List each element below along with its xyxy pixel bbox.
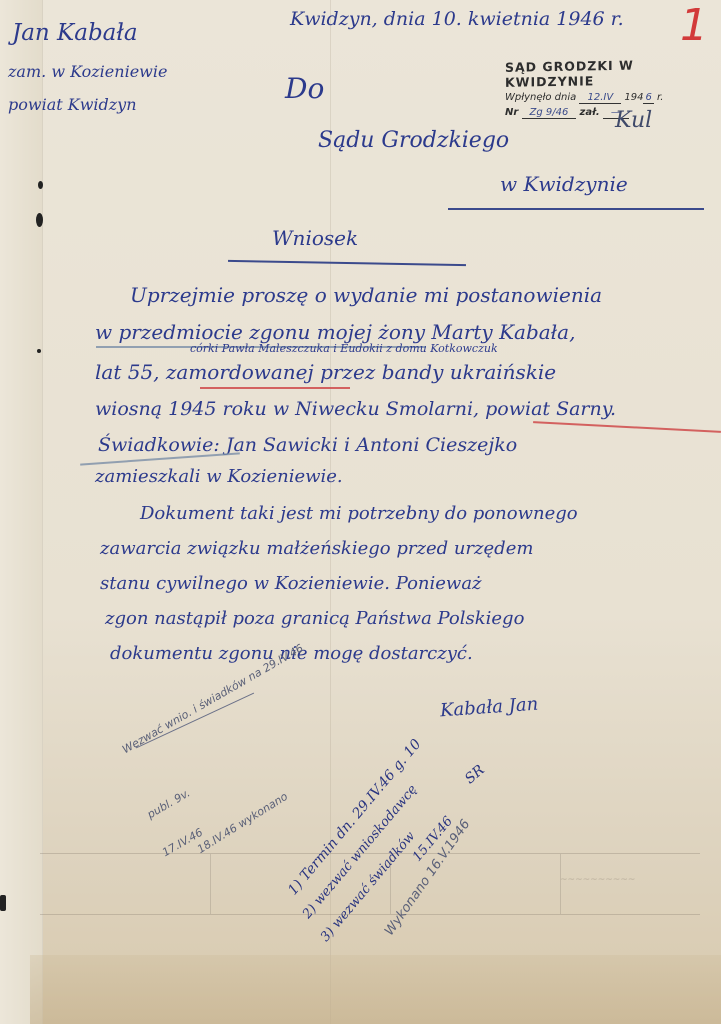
stamp-number-value: Zg 9/46 (522, 107, 577, 119)
red-underline (200, 387, 350, 389)
court-received-stamp: SĄD GRODZKI W KWIDZYNIE Wpłynęło dnia 12… (505, 58, 715, 118)
paper-stain (30, 955, 721, 1024)
body-line-1: Uprzejmie proszę o wydanie mi postanowie… (130, 283, 602, 307)
body-line-5: Świadkowie: Jan Sawicki i Antoni Cieszej… (98, 434, 517, 456)
punch-hole (0, 895, 6, 911)
subject-underline (228, 260, 466, 266)
body-line-2: w przedmiocie zgonu mojej żony Marty Kab… (95, 320, 575, 344)
stamp-number-label: Nr (505, 107, 518, 118)
subject-heading: Wniosek (272, 226, 358, 250)
pencil-note-2: publ. 9v. (145, 786, 192, 821)
punch-hole (37, 349, 41, 353)
punch-hole (38, 181, 43, 189)
pencil-done-note: 18.IV.46 wykonano (195, 790, 290, 856)
stamp-year-label: 194 (624, 92, 643, 103)
punch-hole (36, 213, 43, 227)
addressee-prefix: Do (285, 72, 324, 105)
red-underline (533, 421, 721, 433)
body-line-6: zamieszkali w Kozieniewie. (95, 466, 343, 487)
stamp-initials: Kul (615, 108, 652, 133)
body-line-9: stanu cywilnego w Kozieniewie. Ponieważ (100, 573, 482, 594)
addressee-city: w Kwidzynie (500, 172, 628, 196)
sender-residence: zam. w Kozieniewie (8, 62, 167, 81)
sender-district: powiat Kwidzyn (8, 95, 137, 114)
stamp-attachments-label: zał. (580, 107, 600, 118)
stamp-title: SĄD GRODZKI W KWIDZYNIE (505, 56, 715, 90)
place-date: Kwidzyn, dnia 10. kwietnia 1946 r. (290, 8, 624, 30)
stamp-number-row: Nr Zg 9/46 zał. — (505, 107, 715, 118)
stamp-received-label: Wpłynęło dnia (505, 92, 576, 103)
ink-initials: SR (462, 762, 488, 787)
document-page: Jan Kabała zam. w Kozieniewie powiat Kwi… (0, 0, 721, 1024)
red-page-number: 1 (680, 0, 708, 51)
body-insert: córki Pawła Maleszczuka i Eudokii z domu… (190, 342, 498, 355)
body-line-7: Dokument taki jest mi potrzebny do ponow… (140, 503, 578, 524)
addressee-court: Sądu Grodzkiego (318, 128, 509, 153)
body-line-3: lat 55, zamordowanej przez bandy ukraińs… (95, 360, 556, 384)
applicant-signature: Kabała Jan (439, 694, 538, 722)
stamp-received-date: 12.IV (579, 92, 621, 104)
body-line-8: zawarcia związku małżeńskiego przed urzę… (100, 538, 533, 559)
body-line-10: zgon nastąpił poza granicą Państwa Polsk… (105, 608, 524, 629)
stamp-year-suffix: r. (657, 92, 663, 103)
stamp-received-row: Wpłynęło dnia 12.IV 1946 r. (505, 92, 715, 103)
body-line-4: wiosną 1945 roku w Niwecku Smolarni, pow… (95, 398, 616, 420)
paper-margin (0, 0, 43, 1024)
addressee-underline (448, 208, 704, 210)
stamp-year-digit: 6 (643, 92, 653, 104)
printed-form-text: ~~~~~~~~~~ (560, 875, 635, 885)
sender-name: Jan Kabała (12, 20, 138, 46)
